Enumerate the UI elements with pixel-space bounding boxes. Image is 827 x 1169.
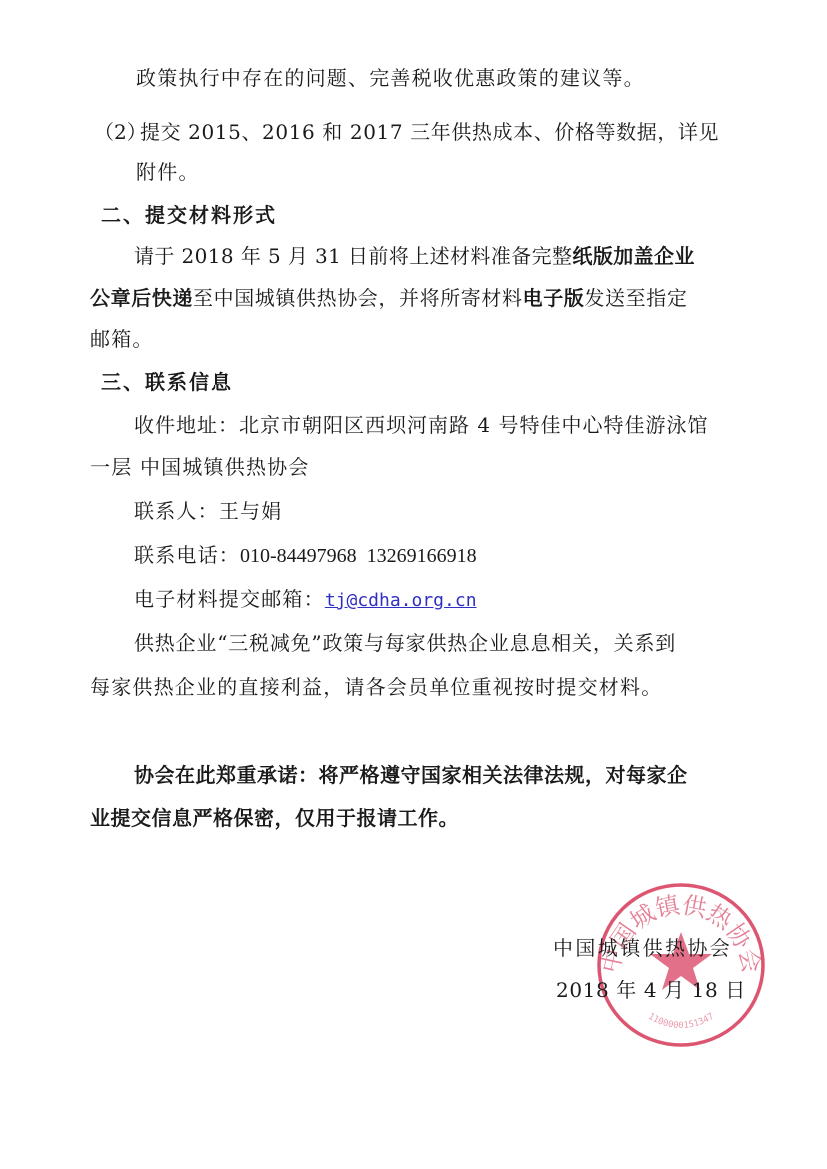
para-text: 请于 2018 年 5 月 31 日前将上述材料准备完整 <box>134 244 572 268</box>
address-label: 收件地址： <box>134 413 239 437</box>
section2-para-line3: 邮箱。 <box>90 327 154 351</box>
para-text: 发送至指定 <box>584 286 687 310</box>
section2-heading: 二、提交材料形式 <box>101 203 277 227</box>
contact-name: 王与娟 <box>219 499 283 523</box>
email-link[interactable]: tj@cdha.org.cn <box>325 590 477 611</box>
note-line1: 供热企业“三税减免”政策与每家供热企业息息相关，关系到 <box>134 631 728 655</box>
para-text: 至中国城镇供热协会，并将所寄材料 <box>193 286 523 310</box>
item2-line1: 提交 2015、2016 和 2017 三年供热成本、价格等数据，详见 <box>140 120 727 144</box>
item2-text: 提交 2015、2016 和 2017 三年供热成本、价格等数据，详见 <box>140 120 719 144</box>
item2-marker: （2） <box>94 120 147 144</box>
commitment-line1: 协会在此郑重承诺：将严格遵守国家相关法律法规，对每家企 <box>134 763 728 787</box>
signature-date: 2018 年 4 月 18 日 <box>556 978 746 1002</box>
section2-para-line1: 请于 2018 年 5 月 31 日前将上述材料准备完整纸版加盖企业 <box>134 244 728 268</box>
emphasis-electronic: 电子版 <box>523 286 585 310</box>
emphasis-paper-seal: 纸版加盖企业 <box>572 244 694 268</box>
seal-ring <box>599 885 763 1045</box>
email-line: 电子材料提交邮箱：tj@cdha.org.cn <box>134 587 477 613</box>
contact-label: 联系人： <box>134 499 219 523</box>
seal-serial: 1100000151347 <box>646 1012 716 1031</box>
document-page: 政策执行中存在的问题、完善税收优惠政策的建议等。 （2） 提交 2015、201… <box>0 0 827 1169</box>
item1-continuation: 政策执行中存在的问题、完善税收优惠政策的建议等。 <box>136 66 645 90</box>
section3-heading: 三、联系信息 <box>101 370 233 394</box>
seal-arc-text: 中国城镇供热协会 <box>596 890 765 975</box>
email-label: 电子材料提交邮箱： <box>134 587 325 611</box>
signature-organization: 中国城镇供热协会 <box>553 936 732 960</box>
emphasis-courier: 公章后快递 <box>90 286 193 310</box>
phone-label: 联系电话： <box>134 543 240 567</box>
address-line1: 收件地址：北京市朝阳区西坝河南路 4 号特佳中心特佳游泳馆 <box>134 413 728 437</box>
address-value: 北京市朝阳区西坝河南路 4 号特佳中心特佳游泳馆 <box>239 413 708 437</box>
commitment-line2: 业提交信息严格保密，仅用于报请工作。 <box>90 806 459 830</box>
phone-value: 010-84497968 13269166918 <box>240 545 477 567</box>
section2-para-line2: 公章后快递至中国城镇供热协会，并将所寄材料电子版发送至指定 <box>90 286 728 310</box>
item2-line2: 附件。 <box>136 160 200 184</box>
phone-line: 联系电话：010-84497968 13269166918 <box>134 543 477 568</box>
contact-person-line: 联系人：王与娟 <box>134 499 282 523</box>
address-line2: 一层 中国城镇供热协会 <box>90 455 310 479</box>
official-seal-stamp: 中国城镇供热协会 1100000151347 <box>596 882 766 1048</box>
note-line2: 每家供热企业的直接利益，请各会员单位重视按时提交材料。 <box>90 675 662 699</box>
